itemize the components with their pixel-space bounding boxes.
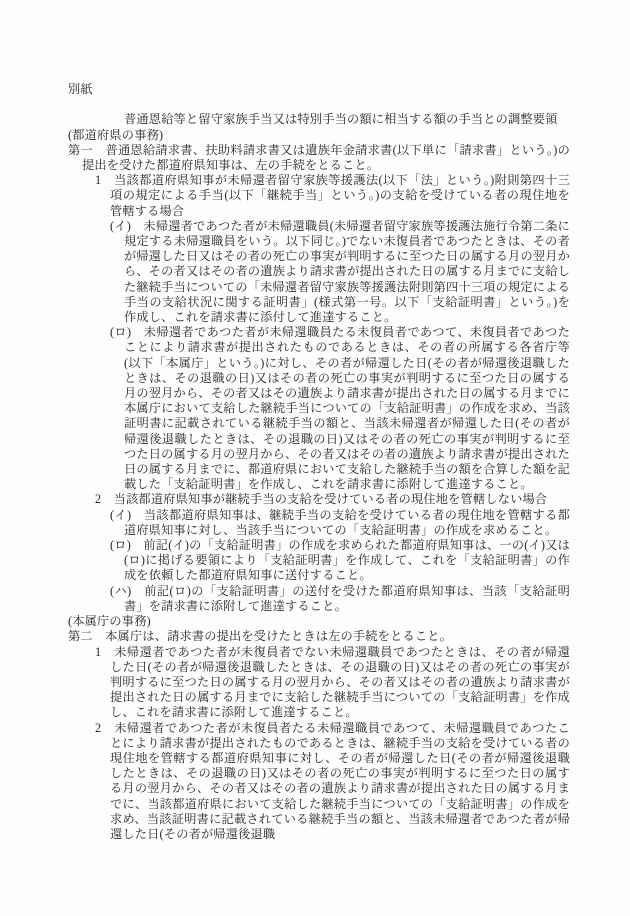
document-page: 別紙 普通恩給等と留守家族手当又は特別手当の額に相当する額の手当との調整要領 (… <box>0 0 630 916</box>
document-title: 普通恩給等と留守家族手当又は特別手当の額に相当する額の手当との調整要領 <box>68 112 570 127</box>
article-2-item-2: 2 未帰還者であつた者が未復員者たる未帰還職員であつて、未帰還職員であつたことに… <box>68 721 570 843</box>
article-1-item-2-sub-ro: (ロ) 前記(イ)の「支給証明書」の作成を求められた都道府県知事は、一の(イ)又… <box>68 538 570 584</box>
article-1-item-1-sub-i: (イ) 未帰還者であつた者が未帰還職員(未帰還者留守家族等援護法施行令第二条に規… <box>68 219 570 325</box>
attachment-label: 別紙 <box>68 82 570 97</box>
document-body: 別紙 普通恩給等と留守家族手当又は特別手当の額に相当する額の手当との調整要領 (… <box>68 82 570 842</box>
article-2-heading: 第二 本属庁は、請求書の提出を受けたときは左の手続をとること。 <box>68 629 570 644</box>
article-1-item-2-sub-i: (イ) 当該都道府県知事は、継続手当の支給を受けている者の現住地を管轄する都道府… <box>68 508 570 538</box>
article-2-item-1: 1 未帰還者であつた者が未復員者でない未帰還職員であつたときは、その者が帰還した… <box>68 645 570 721</box>
article-1-item-1-sub-ro: (ロ) 未帰還者であつた者が未帰還職員たる未復員者であつて、未復員者であつたこと… <box>68 325 570 492</box>
article-1-item-2-sub-ha: (ハ) 前記(ロ)の「支給証明書」の送付を受けた都道府県知事は、当該「支給証明書… <box>68 584 570 614</box>
section-heading-prefecture-duties: (都道府県の事務) <box>68 128 570 143</box>
article-1-item-2: 2 当該都道府県知事が継続手当の支給を受けている者の現住地を管轄しない場合 <box>68 492 570 507</box>
article-1-heading: 第一 普通恩給請求書、扶助料請求書又は遺族年金請求書(以下単に「請求書」という。… <box>68 143 570 173</box>
section-heading-agency-duties: (本属庁の事務) <box>68 614 570 629</box>
article-1-item-1: 1 当該都道府県知事が未帰還者留守家族等援護法(以下「法」という。)附則第四十三… <box>68 173 570 219</box>
